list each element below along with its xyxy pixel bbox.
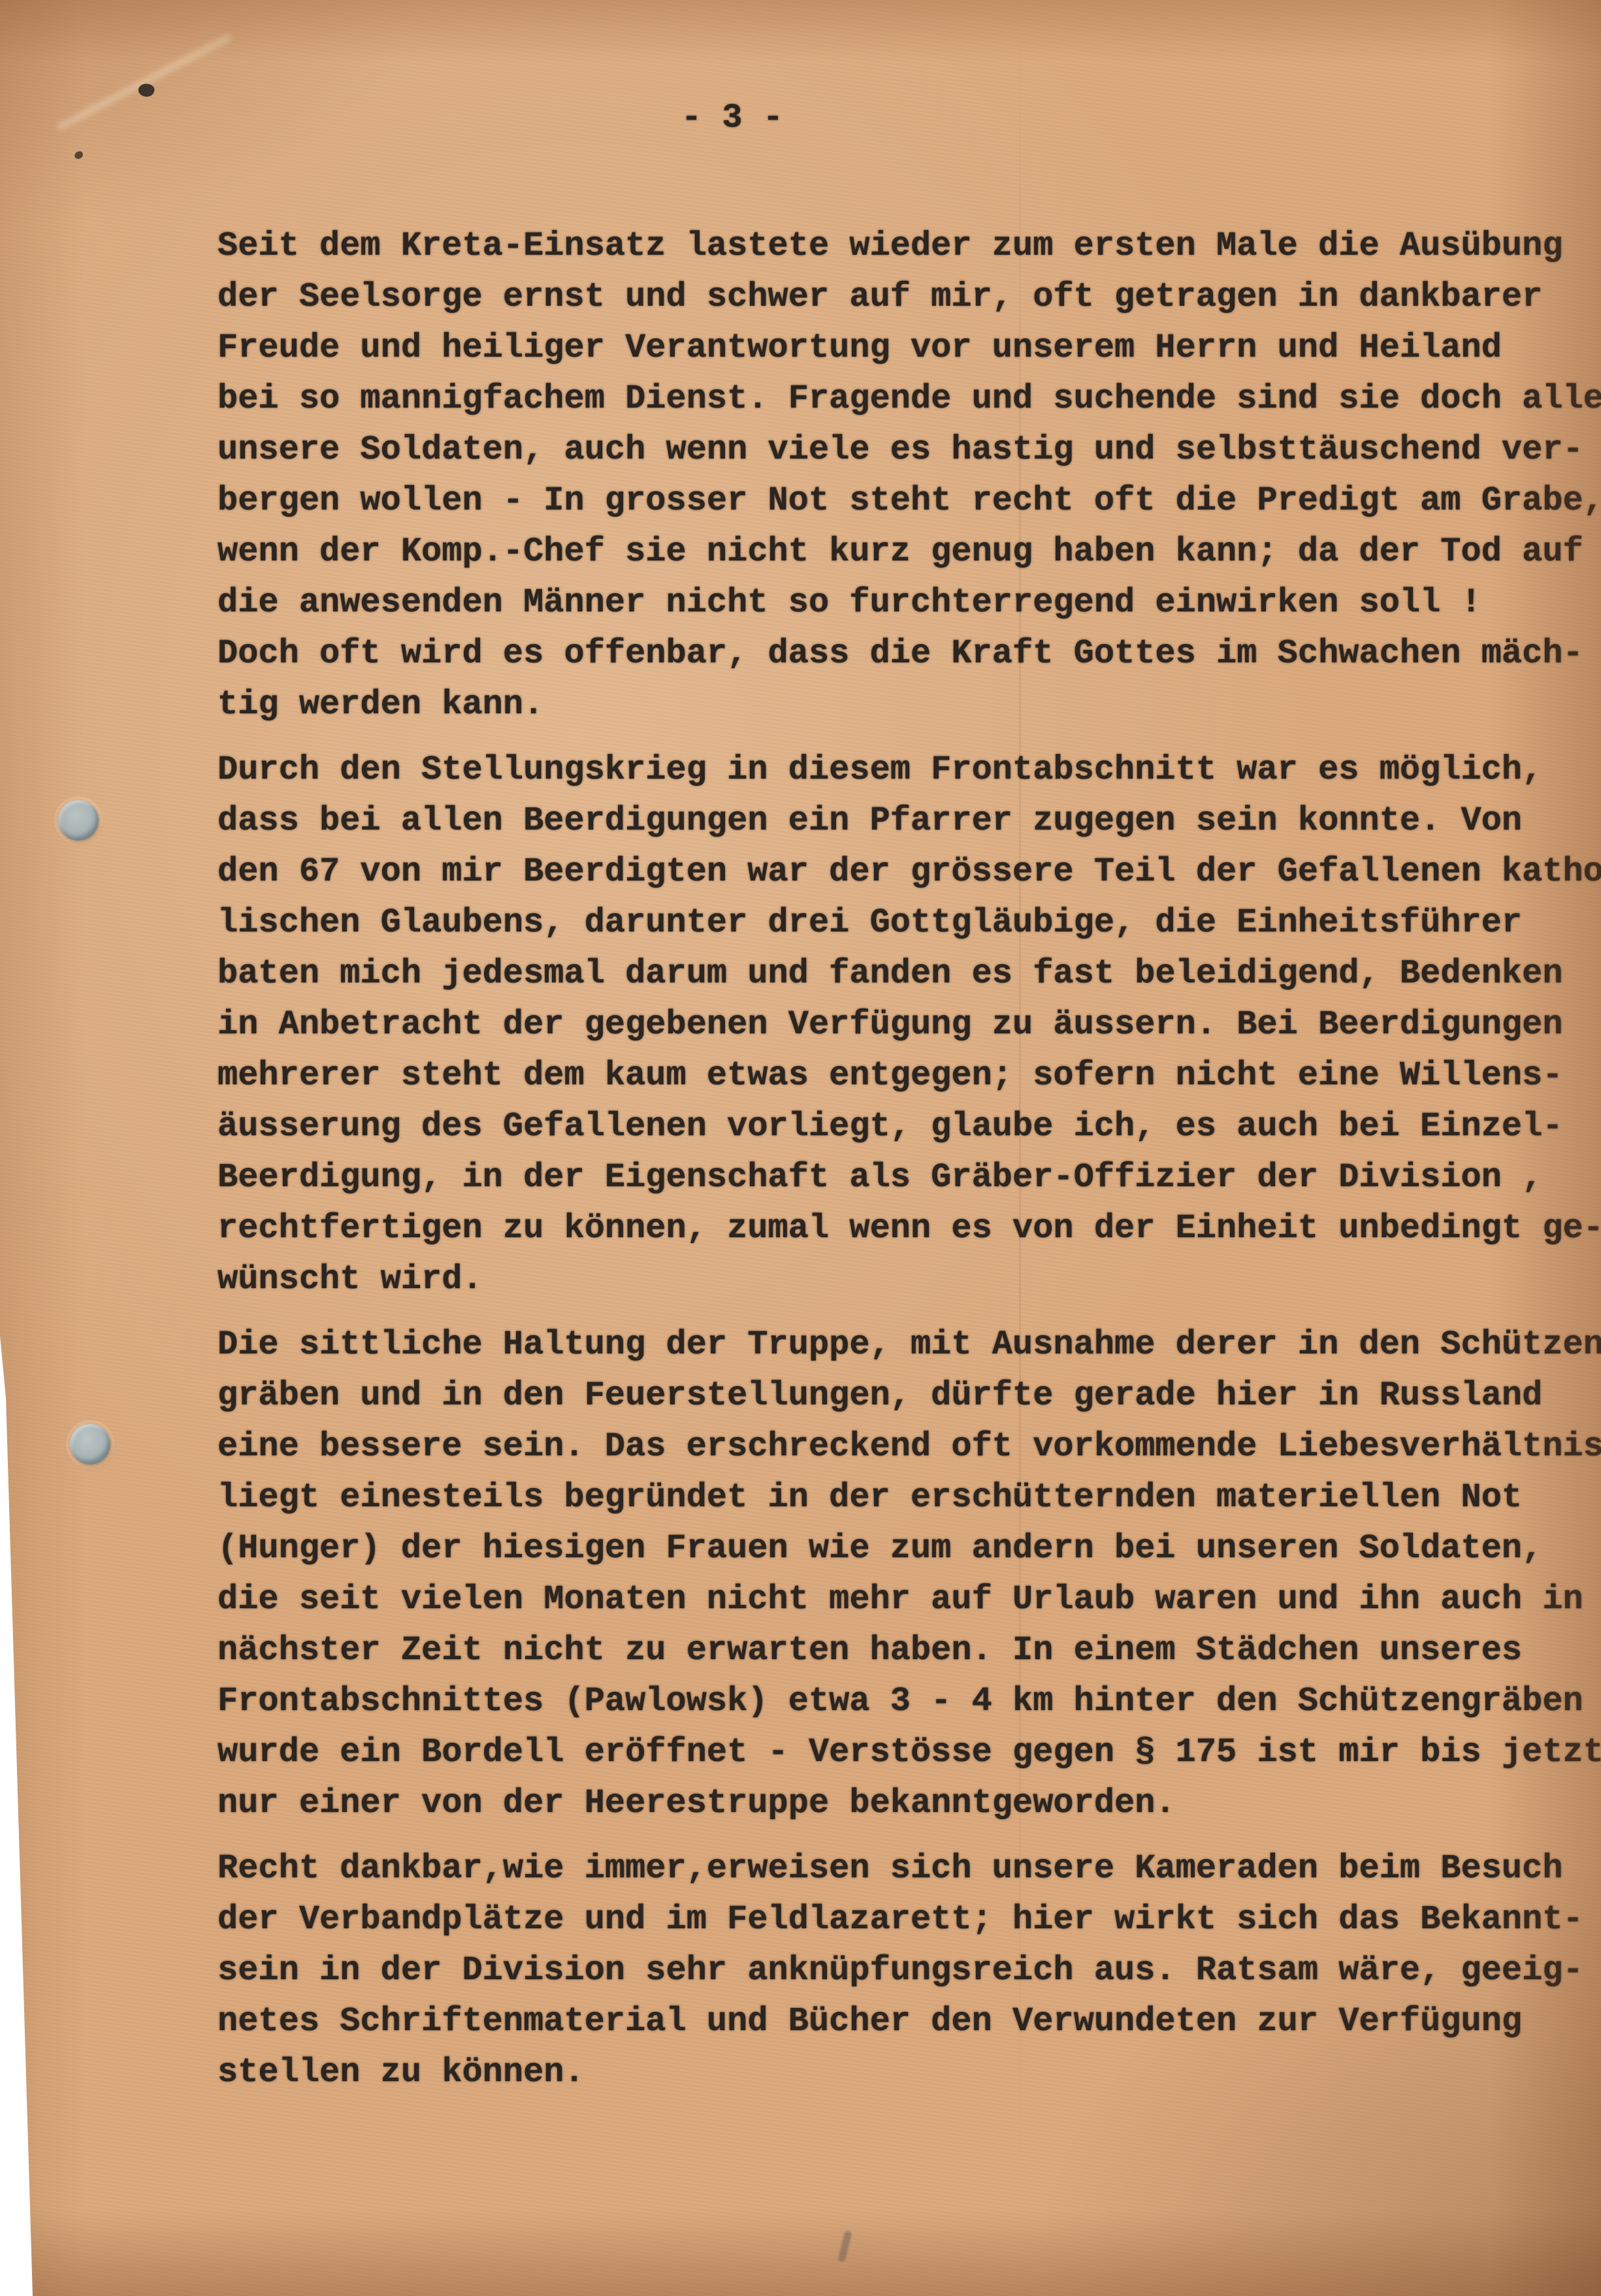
text-line: mehrerer steht dem kaum etwas entgegen; … <box>218 1050 1601 1101</box>
page-number: - 3 - <box>681 93 783 144</box>
text-line: Durch den Stellungskrieg in diesem Front… <box>218 745 1601 796</box>
scanned-document: - 3 - Seit dem Kreta-Einsatz lastete wie… <box>0 0 1601 2296</box>
text-line: wurde ein Bordell eröffnet - Verstösse g… <box>218 1727 1601 1778</box>
text-line: die anwesenden Männer nicht so furchterr… <box>218 577 1601 628</box>
paragraph: Recht dankbar,wie immer,erweisen sich un… <box>218 1843 1601 2098</box>
text-line: eine bessere sein. Das erschreckend oft … <box>218 1421 1601 1472</box>
paper-background: - 3 - Seit dem Kreta-Einsatz lastete wie… <box>0 0 1601 2296</box>
text-line: äusserung des Gefallenen vorliegt, glaub… <box>218 1101 1601 1152</box>
text-line: liegt einesteils begründet in der erschü… <box>218 1472 1601 1523</box>
text-line: gräben und in den Feuerstellungen, dürft… <box>218 1370 1601 1421</box>
text-line: bei so mannigfachem Dienst. Fragende und… <box>218 374 1601 425</box>
text-line: wenn der Komp.-Chef sie nicht kurz genug… <box>218 526 1601 577</box>
text-line: Frontabschnittes (Pawlowsk) etwa 3 - 4 k… <box>218 1676 1601 1727</box>
typewritten-text: Seit dem Kreta-Einsatz lastete wieder zu… <box>218 221 1601 2112</box>
text-line: Beerdigung, in der Eigenschaft als Gräbe… <box>218 1152 1601 1203</box>
text-line: Seit dem Kreta-Einsatz lastete wieder zu… <box>218 221 1601 272</box>
text-line: tig werden kann. <box>218 679 1601 730</box>
paper-crease <box>56 33 233 131</box>
text-line: wünscht wird. <box>218 1254 1601 1305</box>
paper-blemish-small <box>74 151 84 159</box>
punch-hole-bottom <box>70 1424 110 1464</box>
text-line: bergen wollen - In grosser Not steht rec… <box>218 476 1601 526</box>
punch-hole-top <box>58 800 99 841</box>
paper-smudge <box>837 2230 852 2262</box>
text-line: lischen Glaubens, darunter drei Gottgläu… <box>218 897 1601 948</box>
text-line: rechtfertigen zu können, zumal wenn es v… <box>218 1203 1601 1254</box>
text-line: unsere Soldaten, auch wenn viele es hast… <box>218 425 1601 476</box>
paragraph: Die sittliche Haltung der Truppe, mit Au… <box>218 1319 1601 1829</box>
text-line: (Hunger) der hiesigen Frauen wie zum and… <box>218 1523 1601 1574</box>
text-line: sein in der Division sehr anknüpfungsrei… <box>218 1945 1601 1996</box>
text-line: baten mich jedesmal darum und fanden es … <box>218 948 1601 999</box>
text-line: nächster Zeit nicht zu erwarten haben. I… <box>218 1625 1601 1676</box>
text-line: Recht dankbar,wie immer,erweisen sich un… <box>218 1843 1601 1894</box>
scanner-background-left-edge <box>0 0 39 2296</box>
text-line: die seit vielen Monaten nicht mehr auf U… <box>218 1574 1601 1625</box>
text-line: nur einer von der Heerestruppe bekanntge… <box>218 1778 1601 1829</box>
text-line: den 67 von mir Beerdigten war der grösse… <box>218 847 1601 897</box>
text-line: der Seelsorge ernst und schwer auf mir, … <box>218 272 1601 323</box>
text-line: Die sittliche Haltung der Truppe, mit Au… <box>218 1319 1601 1370</box>
text-line: in Anbetracht der gegebenen Verfügung zu… <box>218 999 1601 1050</box>
text-line: netes Schriftenmaterial und Bücher den V… <box>218 1996 1601 2047</box>
text-line: stellen zu können. <box>218 2047 1601 2098</box>
paragraph: Seit dem Kreta-Einsatz lastete wieder zu… <box>218 221 1601 730</box>
text-line: der Verbandplätze und im Feldlazarett; h… <box>218 1894 1601 1945</box>
paragraph: Durch den Stellungskrieg in diesem Front… <box>218 745 1601 1305</box>
text-line: Doch oft wird es offenbar, dass die Kraf… <box>218 628 1601 679</box>
text-line: Freude und heiliger Verantwortung vor un… <box>218 323 1601 374</box>
text-line: dass bei allen Beerdigungen ein Pfarrer … <box>218 796 1601 847</box>
